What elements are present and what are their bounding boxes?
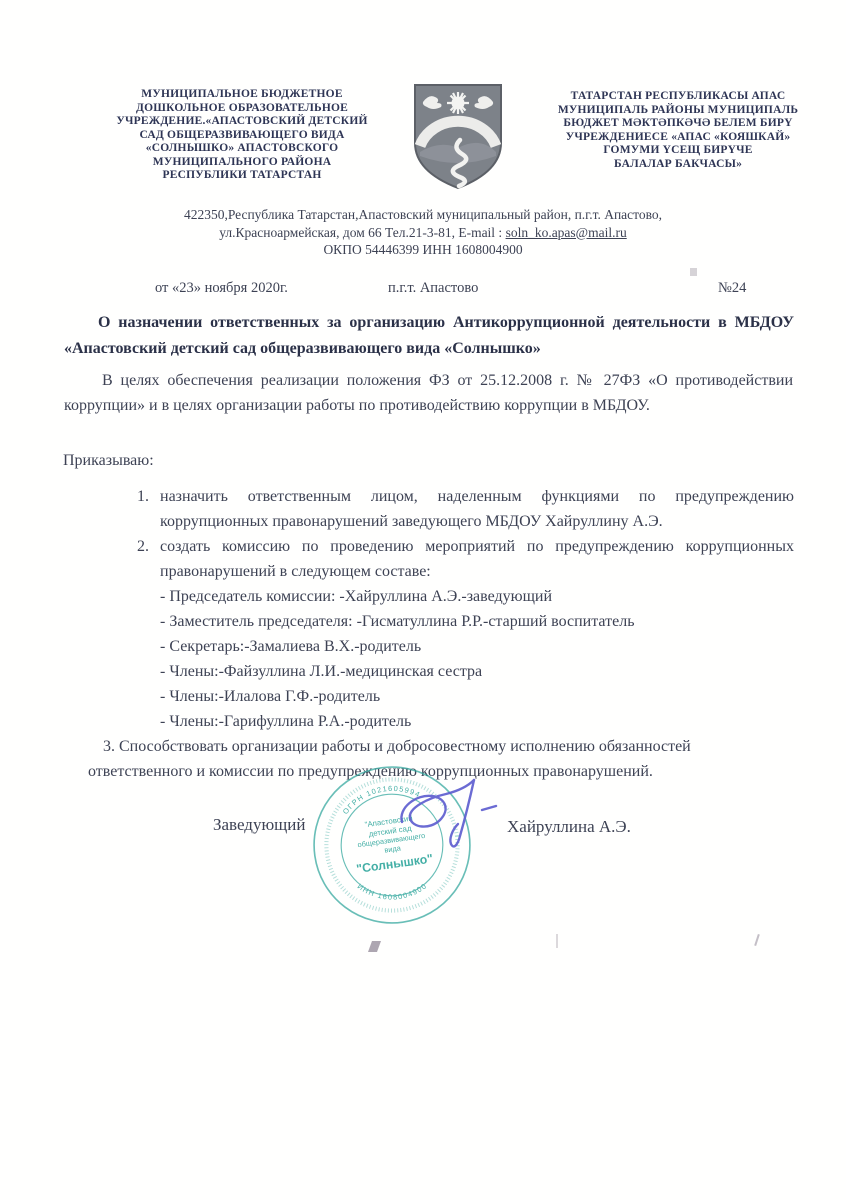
commission-member: - Председатель комиссии: -Хайруллина А.Э… — [160, 584, 794, 609]
item-number: 2. — [137, 534, 160, 584]
stamp-inn-text: ИНН 1608004900 — [355, 872, 430, 907]
signer-position: Заведующий — [213, 815, 305, 835]
scan-artifact — [754, 934, 760, 946]
org-name-russian: МУНИЦИПАЛЬНОЕ БЮДЖЕТНОЕ ДОШКОЛЬНОЕ ОБРАЗ… — [92, 88, 392, 183]
order-items: 1. назначить ответственным лицом, наделе… — [88, 484, 794, 784]
item-text: назначить ответственным лицом, наделенны… — [160, 484, 794, 534]
okpo-inn-line: ОКПО 54446399 ИНН 1608004900 — [58, 241, 788, 259]
document-place: п.г.т. Апастово — [388, 280, 478, 297]
org-tt-line: ТАТАРСТАН РЕСПУБЛИКАСЫ АПАС — [520, 90, 836, 104]
intro-paragraph: В целях обеспечения реализации положения… — [64, 368, 793, 418]
org-ru-line: «СОЛНЫШКО» АПАСТОВСКОГО — [92, 142, 392, 156]
org-ru-line: РЕСПУБЛИКИ ТАТАРСТАН — [92, 169, 392, 183]
scan-artifact — [368, 941, 381, 952]
org-tt-line: МУНИЦИПАЛЬ РАЙОНЫ МУНИЦИПАЛЬ — [520, 104, 836, 118]
org-ru-line: САД ОБЩЕРАЗВИВАЮЩЕГО ВИДА — [92, 129, 392, 143]
handwritten-signature — [388, 770, 528, 865]
org-ru-line: МУНИЦИПАЛЬНОЕ БЮДЖЕТНОЕ — [92, 88, 392, 102]
commission-member: - Члены:-Гарифуллина Р.А.-родитель — [160, 709, 794, 734]
address-line-2-text: ул.Красноармейская, дом 66 Тел.21-3-81, … — [219, 225, 505, 240]
address-line-1: 422350,Республика Татарстан,Апастовский … — [58, 206, 788, 224]
address-line-2: ул.Красноармейская, дом 66 Тел.21-3-81, … — [58, 224, 788, 242]
org-ru-line: МУНИЦИПАЛЬНОГО РАЙОНА — [92, 156, 392, 170]
org-ru-line: УЧРЕЖДЕНИЕ.«АПАСТОВСКИЙ ДЕТСКИЙ — [92, 115, 392, 129]
org-name-tatar: ТАТАРСТАН РЕСПУБЛИКАСЫ АПАС МУНИЦИПАЛЬ Р… — [520, 90, 836, 171]
document-title: О назначении ответственных за организаци… — [64, 310, 794, 362]
org-ru-line: ДОШКОЛЬНОЕ ОБРАЗОВАТЕЛЬНОЕ — [92, 102, 392, 116]
org-tt-line: БЮДЖЕТ МӘКТӘПКӘЧӘ БЕЛЕМ БИРҮ — [520, 117, 836, 131]
order-item-1: 1. назначить ответственным лицом, наделе… — [137, 484, 794, 534]
email-text: soln_ko.apas@mail.ru — [506, 225, 627, 240]
coat-of-arms-icon — [408, 80, 508, 194]
document-date: от «23» ноября 2020г. — [155, 280, 288, 297]
commission-member: - Члены:-Илалова Г.Ф.-родитель — [160, 684, 794, 709]
item-number: 1. — [137, 484, 160, 534]
org-tt-line: УЧРЕЖДЕНИЕСЕ «АПАС «КОЯШКАЙ» — [520, 131, 836, 145]
scanned-document-page: МУНИЦИПАЛЬНОЕ БЮДЖЕТНОЕ ДОШКОЛЬНОЕ ОБРАЗ… — [0, 0, 846, 1200]
commission-member: - Секретарь:-Замалиева В.Х.-родитель — [160, 634, 794, 659]
commission-member: - Заместитель председателя: -Гисматуллин… — [160, 609, 794, 634]
org-tt-line: ГОМУМИ ҮСЕЩ БИРҮЧЕ — [520, 144, 836, 158]
svg-text:ИНН 1608004900: ИНН 1608004900 — [355, 872, 430, 907]
item-text: создать комиссию по проведению мероприят… — [160, 534, 794, 584]
scan-artifact — [690, 268, 697, 276]
order-item-2: 2. создать комиссию по проведению меропр… — [137, 534, 794, 584]
order-word: Приказываю: — [63, 452, 154, 470]
scan-artifact — [556, 934, 558, 948]
commission-member: - Члены:-Файзуллина Л.И.-медицинская сес… — [160, 659, 794, 684]
address-block: 422350,Республика Татарстан,Апастовский … — [58, 206, 788, 259]
document-number: №24 — [718, 280, 746, 297]
org-tt-line: БАЛАЛАР БАКЧАСЫ» — [520, 158, 836, 172]
